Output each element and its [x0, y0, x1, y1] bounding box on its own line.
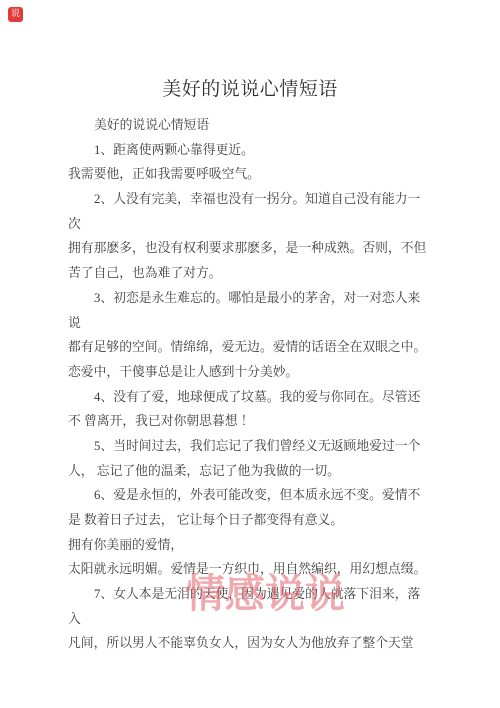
- text-line: 我需要他，正如我需要呼吸空气。: [68, 162, 443, 187]
- text-line: 1、距离使两颗心靠得更近。: [68, 138, 443, 163]
- text-line: 入: [68, 607, 443, 632]
- text-line: 7、女人本是无泪的天使，因为遇见爱的人就落下泪来，落: [68, 582, 443, 607]
- page-title: 美好的说说心情短语: [0, 74, 500, 101]
- text-line: 是 数着日子过去， 它让每个日子都变得有意义。: [68, 508, 443, 533]
- text-line: 2、人没有完美，幸福也没有一拐分。知道自己没有能力一: [68, 187, 443, 212]
- site-logo-badge-icon: 说: [8, 7, 23, 22]
- text-line: 4、没有了爱，地球便成了坟墓。我的爱与你同在。尽管还: [68, 385, 443, 410]
- site-logo-glyph: 说: [11, 10, 20, 19]
- text-line: 美好的说说心情短语: [68, 113, 443, 138]
- text-line: 次: [68, 212, 443, 237]
- text-line: 恋爱中，干傻事总是让人感到十分美妙。: [68, 360, 443, 385]
- text-line: 拥有你美丽的爱情，: [68, 533, 443, 558]
- text-line: 不 曾离开，我已对你朝思暮想 ！: [68, 409, 443, 434]
- text-line: 凡间，所以男人不能辜负女人，因为女人为他放弃了整个天堂: [68, 631, 443, 656]
- text-line: 6、爱是永恒的，外表可能改变，但本质永远不变。爱情不: [68, 483, 443, 508]
- text-line: 拥有那麽多，也没有权利要求那麽多，是一种成熟。否则，不但: [68, 236, 443, 261]
- text-line: 5、当时间过去，我们忘记了我们曾经义无返顾地爱过一个: [68, 434, 443, 459]
- text-line: 说: [68, 311, 443, 336]
- text-line: 太阳就永远明媚。爱情是一方织巾，用自然编织，用幻想点缀。: [68, 557, 443, 582]
- text-line: 3、初恋是永生难忘的。哪怕是最小的茅舍，对一对恋人来: [68, 286, 443, 311]
- text-line: 都有足够的空间。情绵绵，爱无边。爱情的话语全在双眼之中。: [68, 335, 443, 360]
- document-page: 说 美好的说说心情短语 美好的说说心情短语1、距离使两颗心靠得更近。我需要他，正…: [0, 0, 500, 708]
- document-lines: 美好的说说心情短语1、距离使两颗心靠得更近。我需要他，正如我需要呼吸空气。2、人…: [68, 113, 443, 656]
- text-line: 苦了自己，也為难了对方。: [68, 261, 443, 286]
- text-line: 人， 忘记了他的温柔，忘记了他为我做的一切。: [68, 459, 443, 484]
